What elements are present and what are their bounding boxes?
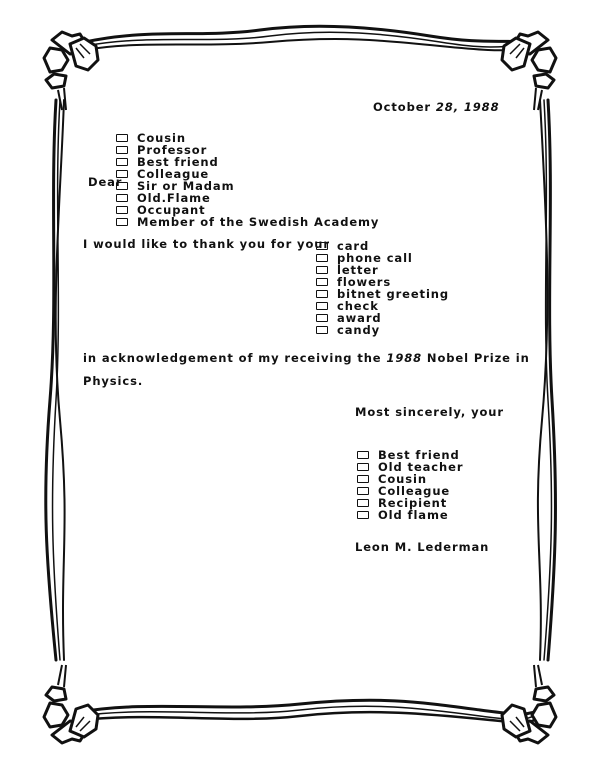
checkbox-icon[interactable]: [116, 218, 128, 226]
checkbox-icon[interactable]: [357, 463, 369, 471]
checkbox-icon[interactable]: [357, 499, 369, 507]
rose-top-right: [502, 32, 556, 110]
checkbox-icon[interactable]: [316, 290, 328, 298]
checkbox-icon[interactable]: [316, 254, 328, 262]
closing-text: Most sincerely, your: [355, 406, 504, 418]
checkbox-icon[interactable]: [316, 266, 328, 274]
ack-before-year: in acknowledgement of my receiving the: [83, 351, 386, 365]
letter-date: October 28, 1988: [373, 101, 500, 113]
checkbox-icon[interactable]: [357, 475, 369, 483]
checkbox-icon[interactable]: [116, 206, 128, 214]
thanks-text: I would like to thank you for your: [83, 238, 330, 250]
date-month: October: [373, 100, 436, 114]
thanks-option: bitnet greeting: [316, 288, 449, 300]
checkbox-icon[interactable]: [316, 314, 328, 322]
checkbox-icon[interactable]: [116, 158, 128, 166]
salutation-option: Member of the Swedish Academy: [116, 216, 379, 228]
checkbox-icon[interactable]: [357, 487, 369, 495]
thanks-option: award: [316, 312, 449, 324]
acknowledgement-line-1: in acknowledgement of my receiving the 1…: [83, 352, 530, 364]
rose-bottom-right: [502, 665, 556, 743]
checkbox-icon[interactable]: [116, 170, 128, 178]
rose-bottom-left: [44, 665, 98, 743]
checkbox-icon[interactable]: [316, 278, 328, 286]
checkbox-icon[interactable]: [316, 302, 328, 310]
checkbox-icon[interactable]: [116, 134, 128, 142]
checkbox-icon[interactable]: [316, 242, 328, 250]
checkbox-icon[interactable]: [116, 194, 128, 202]
thanks-options: cardphone callletterflowersbitnet greeti…: [316, 240, 449, 336]
checkbox-icon[interactable]: [316, 326, 328, 334]
thanks-option: candy: [316, 324, 449, 336]
closing-option-label: Old flame: [378, 509, 449, 521]
checkbox-icon[interactable]: [357, 451, 369, 459]
salutation-option-label: Member of the Swedish Academy: [137, 216, 379, 228]
checkbox-icon[interactable]: [357, 511, 369, 519]
acknowledgement-line-2: Physics.: [83, 375, 143, 387]
checkbox-icon[interactable]: [116, 146, 128, 154]
thanks-option: check: [316, 300, 449, 312]
ack-after-year: Nobel Prize in: [422, 351, 530, 365]
rose-top-left: [44, 32, 98, 110]
checkbox-icon[interactable]: [116, 182, 128, 190]
thanks-option-label: candy: [337, 324, 380, 336]
thanks-option: phone call: [316, 252, 449, 264]
salutation-options: CousinProfessorBest friendColleagueSir o…: [116, 132, 379, 228]
closing-option: Old flame: [357, 509, 463, 521]
date-day-year: 28, 1988: [436, 100, 500, 114]
signature: Leon M. Lederman: [355, 541, 489, 553]
ack-year: 1988: [386, 351, 422, 365]
closing-options: Best friendOld teacherCousinColleagueRec…: [357, 449, 463, 521]
